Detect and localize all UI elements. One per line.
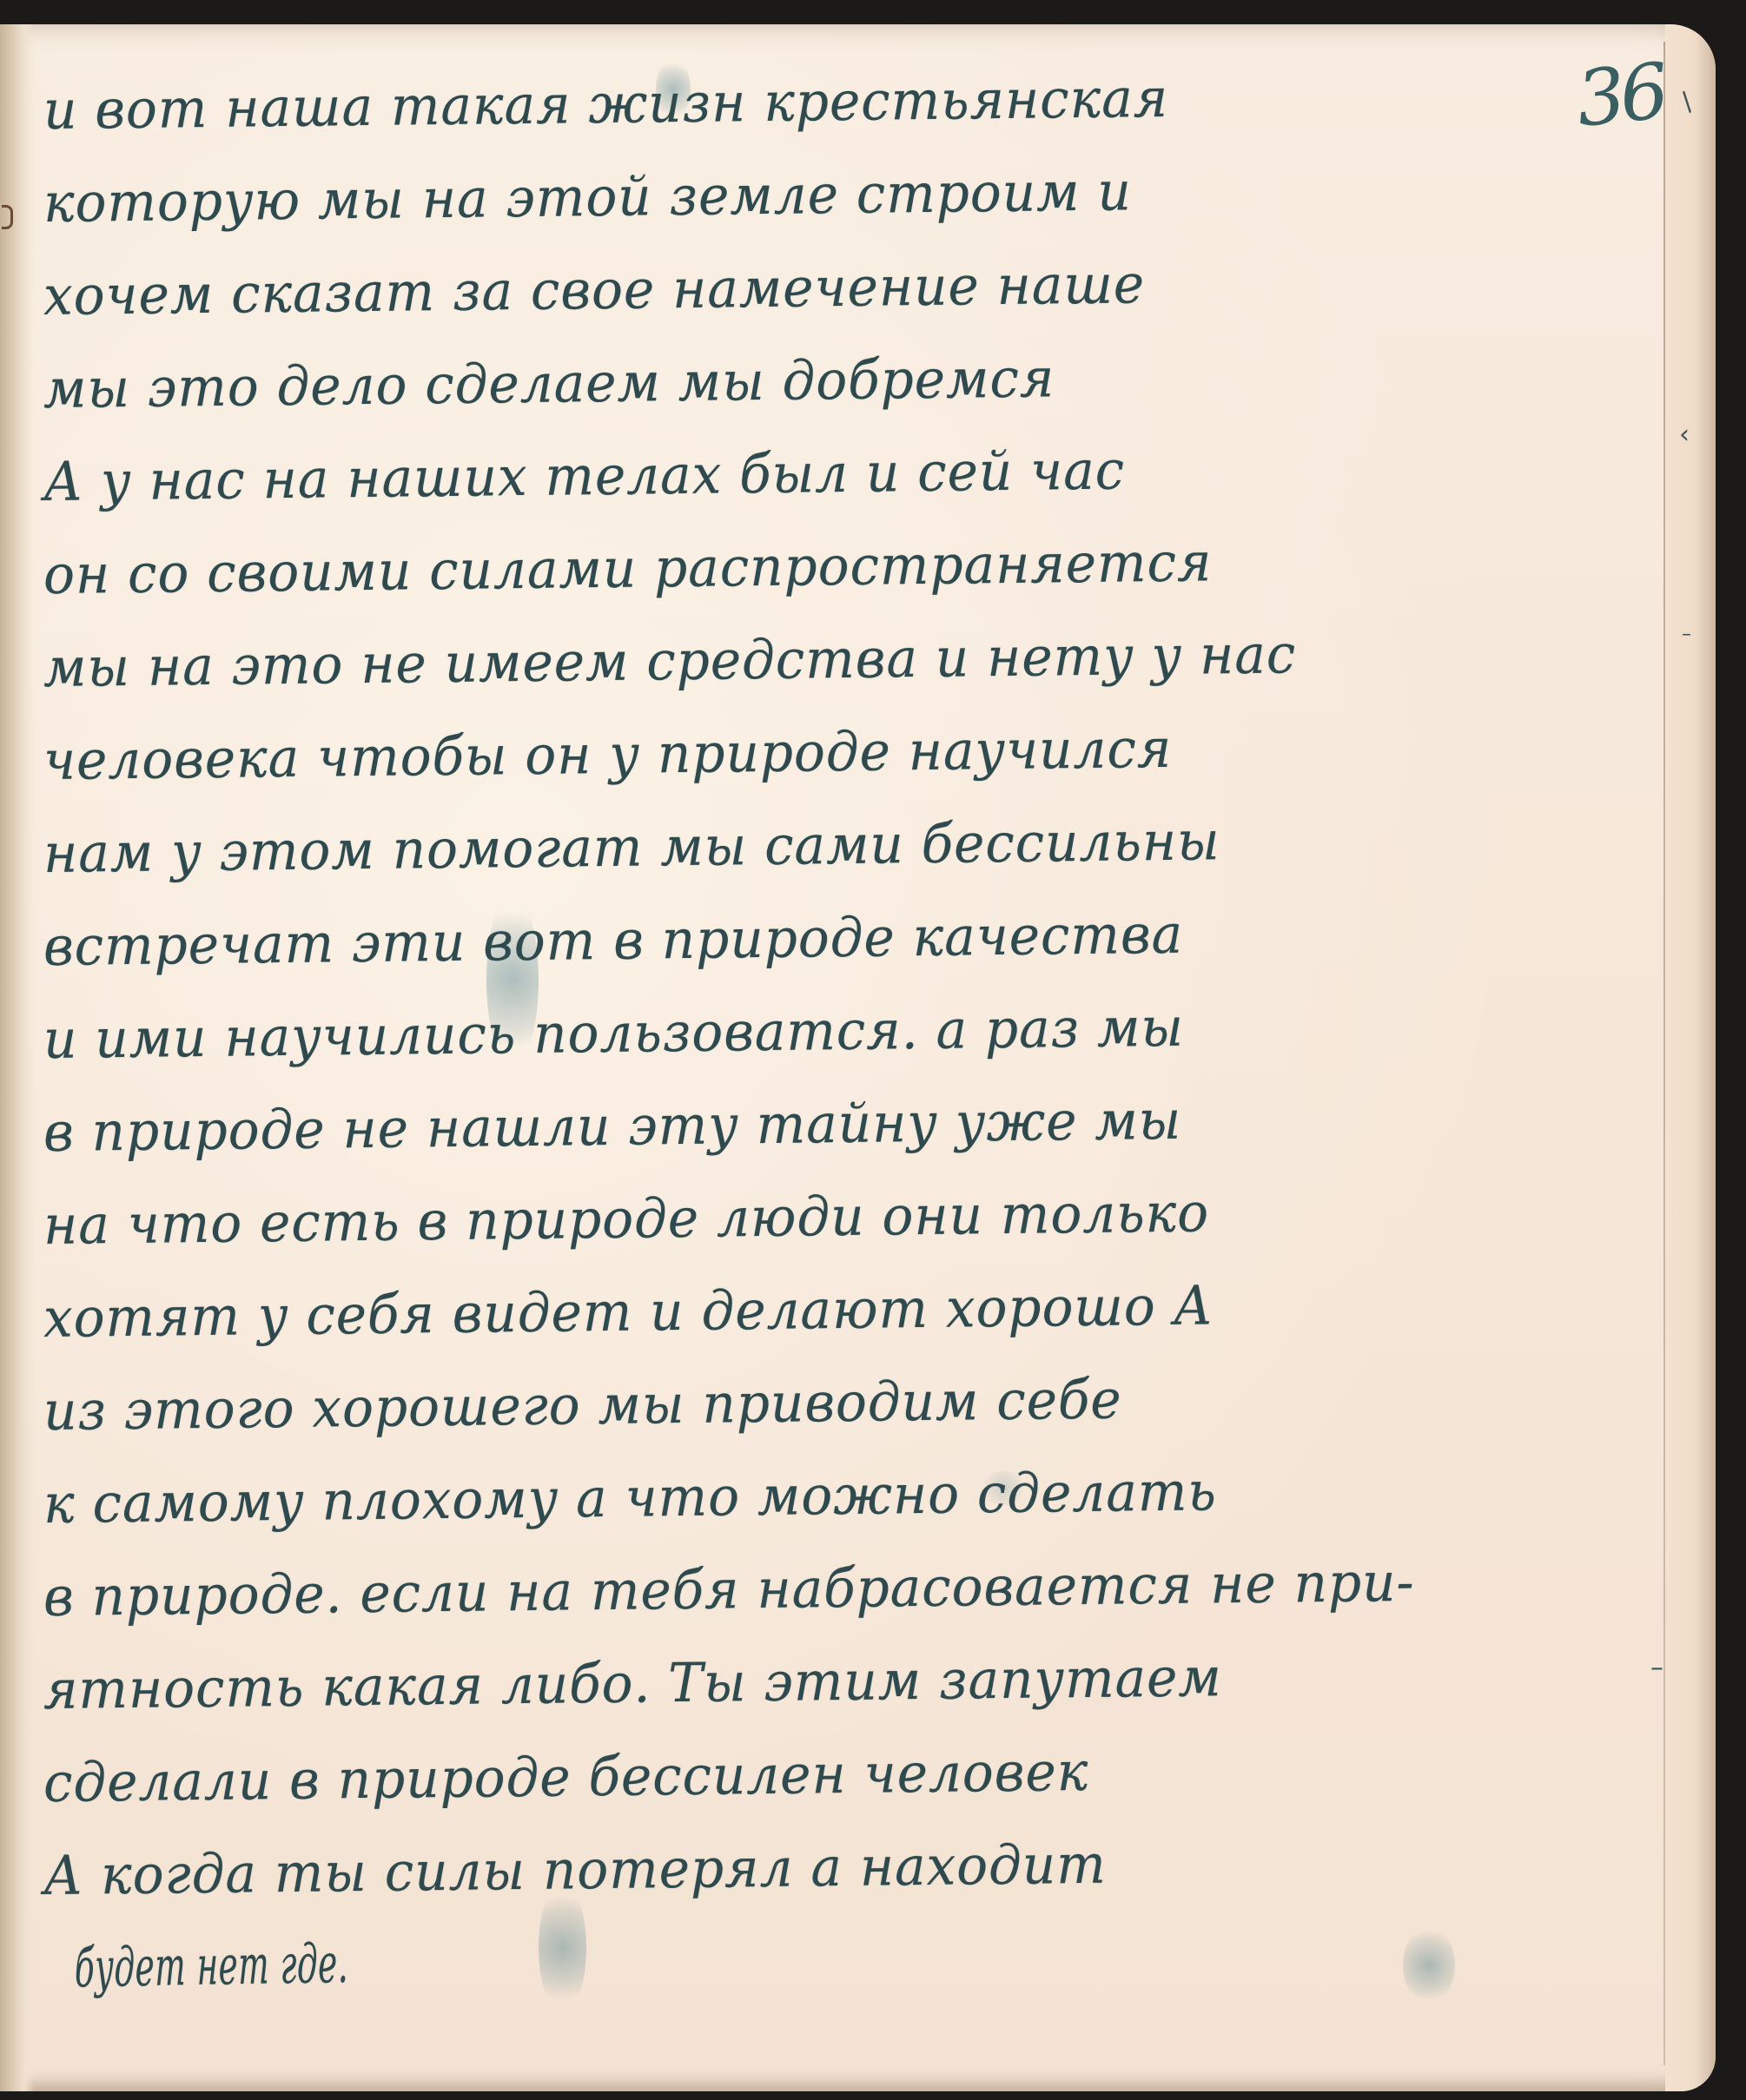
text-line: А у нас на наших телах был и сей час (43, 419, 1572, 528)
margin-tick-mark: – (1682, 624, 1691, 645)
margin-tick-mark: ‹ (1679, 419, 1690, 450)
page-binding (0, 24, 35, 2091)
text-line: и ими научились пользоватся. а раз мы (43, 976, 1572, 1086)
text-line: нам у этом помогат мы сами бессильны (43, 790, 1572, 900)
text-line: мы на это не имеем средства и нету у нас (43, 604, 1572, 714)
page-edge-line (1663, 42, 1665, 2065)
margin-tick-mark: – (1650, 1653, 1663, 1683)
text-line: в природе. если на тебя набрасовается не… (43, 1534, 1572, 1643)
page-edge (1665, 24, 1716, 2091)
text-line: ятность какая либо. Ты этим запутаем (43, 1627, 1572, 1736)
text-line: сделали в природе бессилен человек (43, 1720, 1572, 1829)
handwritten-text: и вот наша такая жизн крестьянская котор… (43, 63, 1633, 2015)
text-line: из этого хорошего мы приводим себе (43, 1348, 1572, 1457)
text-line: А когда ты силы потерял а находит (43, 1813, 1572, 1922)
text-line: в природе не нашли эту тайну уже мы (43, 1069, 1572, 1179)
text-line: к самому плохому а что можно сделать (43, 1441, 1572, 1550)
text-line: человека чтобы он у природе научился (43, 697, 1572, 807)
text-line: хотят у себя видет и делают хорошо А (43, 1255, 1572, 1364)
text-line: на что есть в природе люди они только (43, 1162, 1572, 1271)
text-line: он со своими силами распространяется (43, 512, 1572, 621)
scanned-notebook: 36 / ‹ – – и вот наша такая жизн крестья… (0, 0, 1746, 2100)
text-line: мы это дело сделаем мы добремся (43, 326, 1572, 435)
text-line: и вот наша такая жизн крестьянская (43, 47, 1572, 156)
notebook-page: 36 / ‹ – – и вот наша такая жизн крестья… (0, 24, 1716, 2091)
text-line: хочем сказат за свое намечение наше (43, 233, 1572, 342)
text-line: которую мы на этой земле строим и (43, 140, 1572, 249)
binding-clip-icon (2, 205, 13, 229)
text-line: будет нет где. (43, 1905, 998, 2015)
text-line: встречат эти вот в природе качества (43, 883, 1572, 993)
